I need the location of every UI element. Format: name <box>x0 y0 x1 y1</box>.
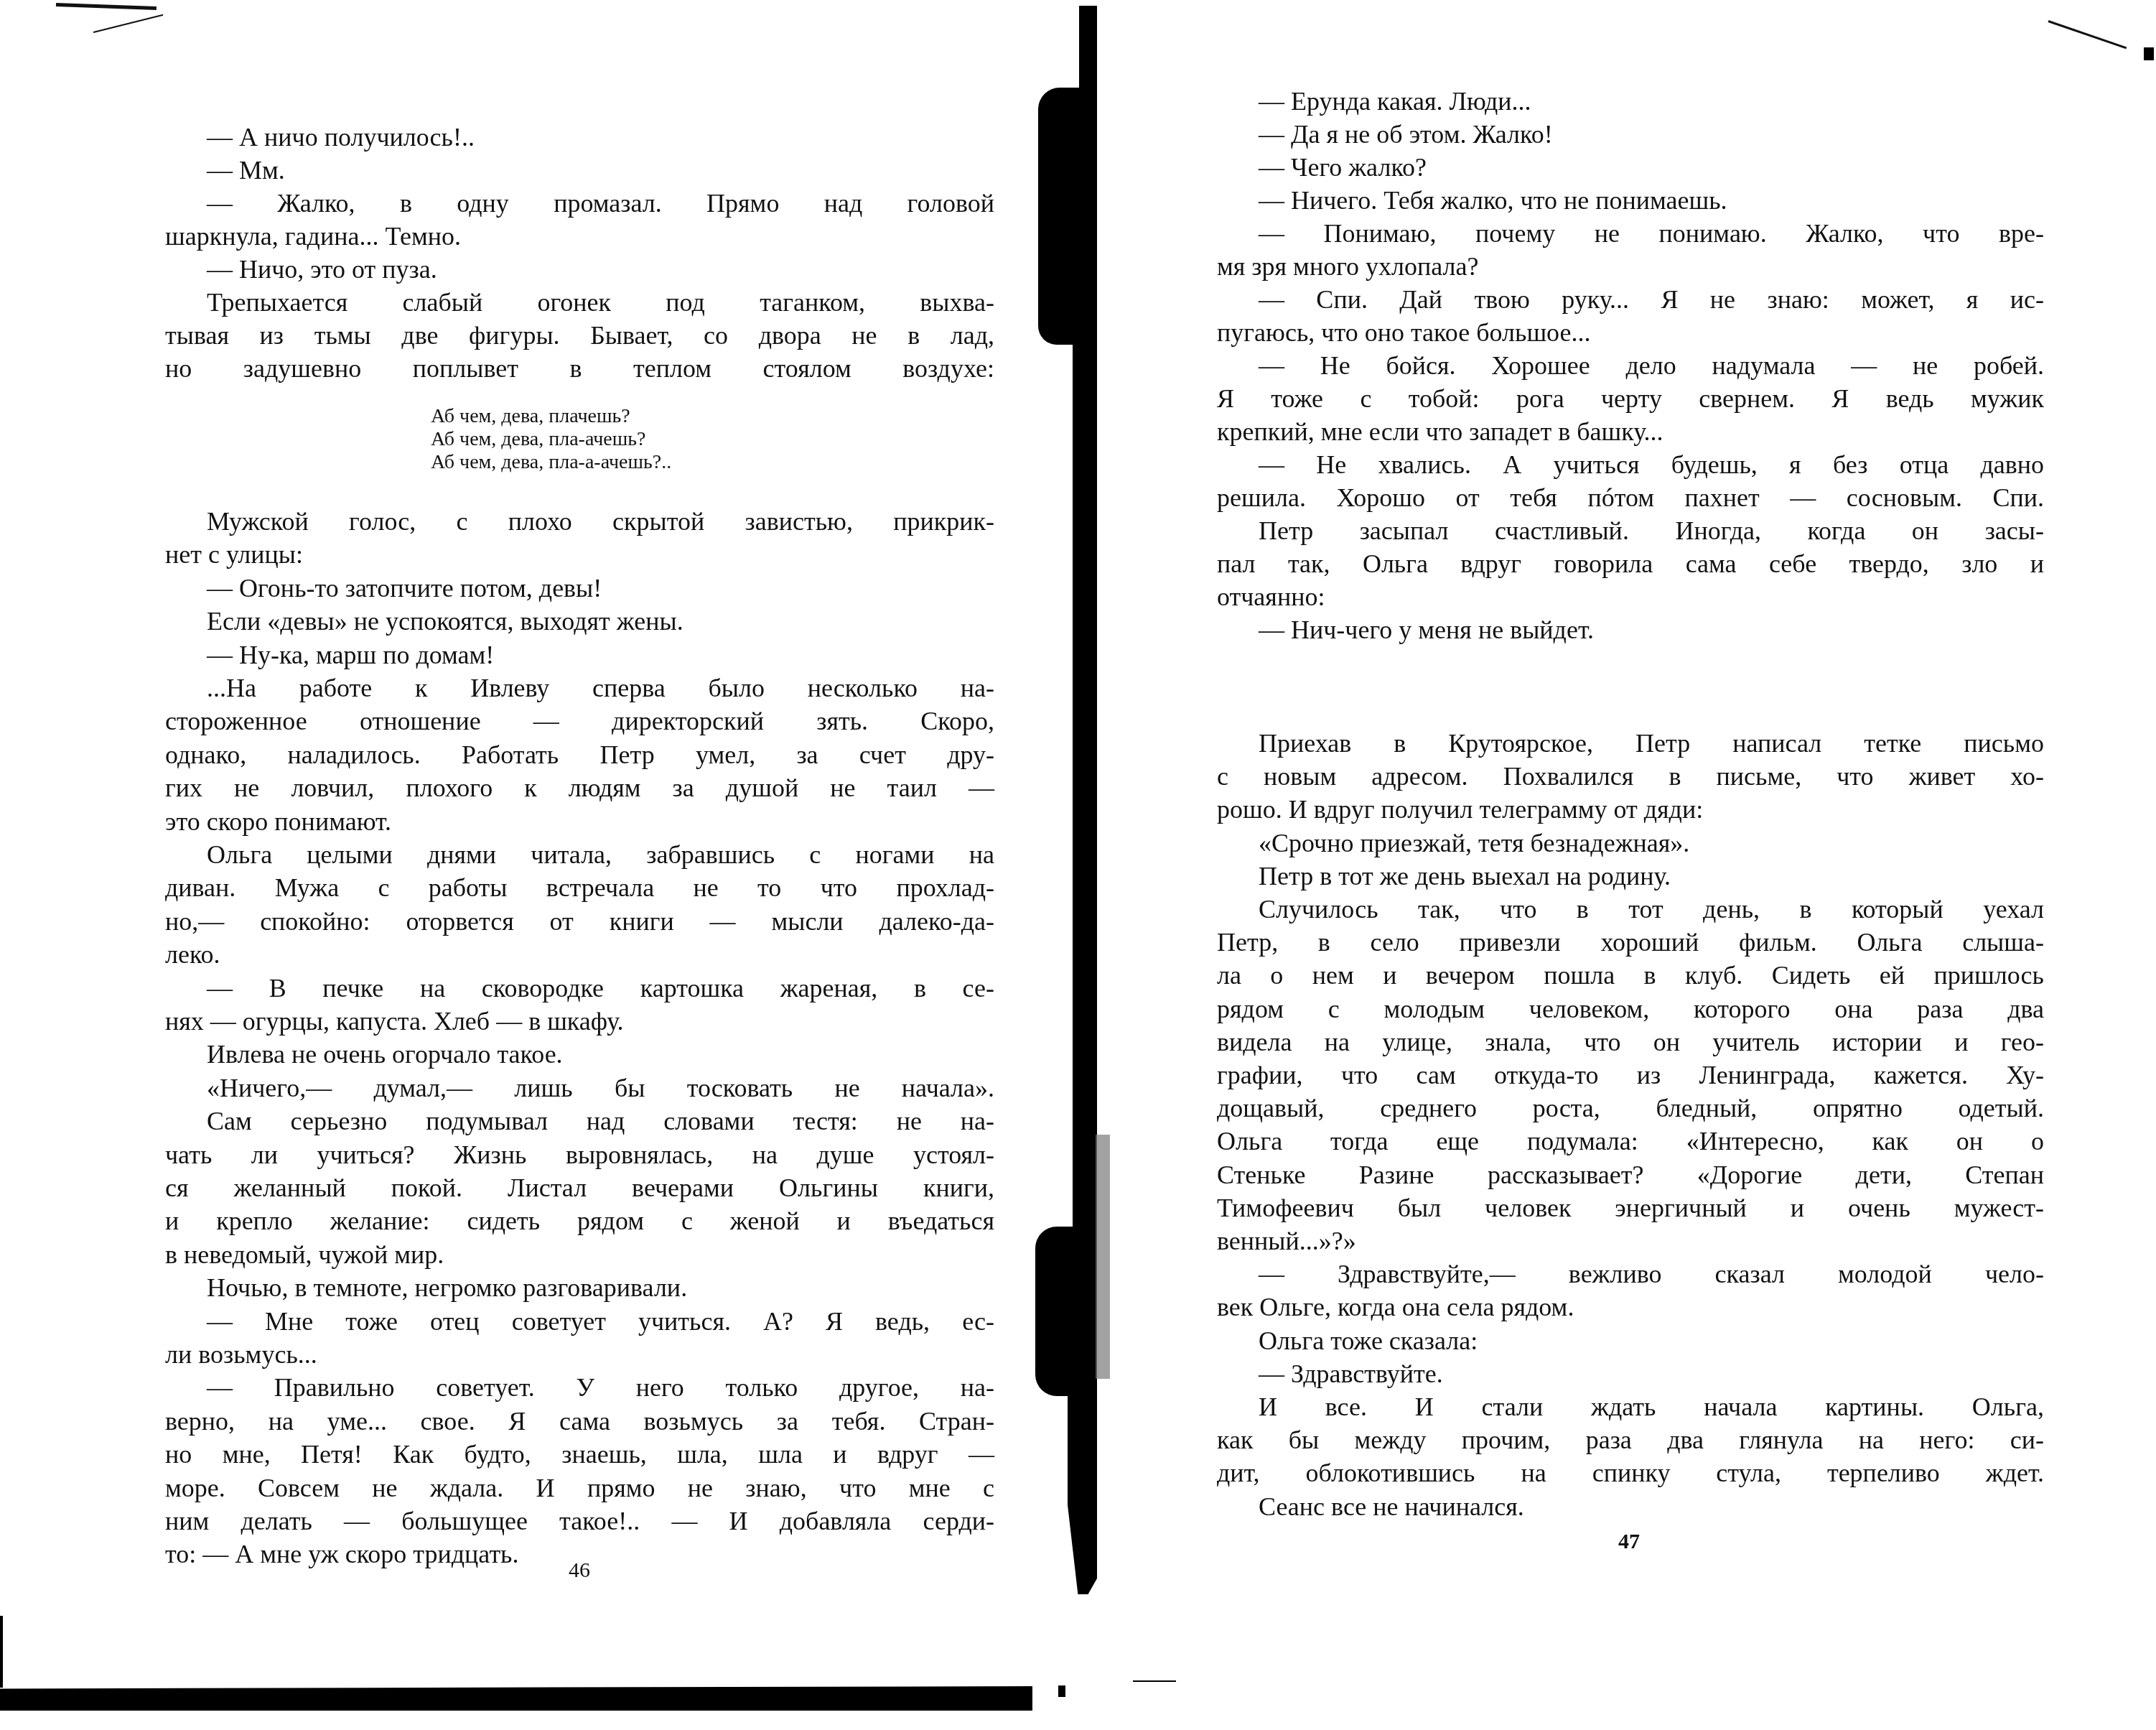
text-line: — Здравствуйте. <box>1217 1357 2044 1390</box>
text-line: море. Совсем не ждала. И прямо не знаю, … <box>165 1471 994 1505</box>
text-line: — Спи. Дай твою руку... Я не знаю: может… <box>1217 283 2044 316</box>
text-line: Ночью, в темноте, негромко разговаривали… <box>165 1271 994 1304</box>
scan-left-edge-line <box>0 1616 3 1688</box>
text-line: — Жалко, в одну промазал. Прямо над голо… <box>165 187 994 220</box>
page-number-right: 47 <box>1618 1531 1640 1553</box>
text-line: Ольга тогда еще подумала: «Интересно, ка… <box>1217 1125 2044 1158</box>
text-line: Я тоже с тобой: рога черту свернем. Я ве… <box>1217 382 2044 415</box>
text-line: — Да я не об этом. Жалко! <box>1217 118 2044 151</box>
scan-bottom-speck <box>1058 1685 1065 1697</box>
gutter-spine-mid <box>1073 345 1097 1235</box>
text-line: Петр в тот же день выехал на родину. <box>1217 860 2044 893</box>
verse-line: Аб чем, дева, плачешь? <box>431 404 630 429</box>
scan-scratch-top-right <box>2048 20 2127 49</box>
text-line: Приехав в Крутоярское, Петр написал тетк… <box>1217 727 2044 760</box>
text-line: рошо. И вдруг получил телеграмму от дяди… <box>1217 793 2044 826</box>
text-line: «Срочно приезжай, тетя безнадежная». <box>1217 827 2044 860</box>
text-line: ла о нем и вечером пошла в клуб. Сидеть … <box>1217 959 2044 992</box>
text-line: ли возьмусь... <box>165 1338 994 1371</box>
text-line: И все. И стали ждать начала картины. Оль… <box>1217 1390 2044 1423</box>
text-line: диван. Мужа с работы встречала не то что… <box>165 871 994 904</box>
text-line: — Ничо, это от пуза. <box>165 253 994 286</box>
page-number-left: 46 <box>569 1560 590 1581</box>
text-line: Трепыхается слабый огонек под таганком, … <box>165 286 994 319</box>
text-line: «Ничего,— думал,— лишь бы тосковать не н… <box>165 1071 994 1104</box>
text-line: — Нич-чего у меня не выйдет. <box>1217 613 2044 646</box>
text-line: — Чего жалко? <box>1217 151 2044 184</box>
text-line: Ольга целыми днями читала, забравшись с … <box>165 838 994 871</box>
scan-speck-top-right <box>2144 47 2154 60</box>
text-line: но мне, Петя! Как будто, знаешь, шла, шл… <box>165 1438 994 1471</box>
text-line: ним делать — большущее такое!.. — И доба… <box>165 1505 994 1538</box>
text-line: — Ну-ка, марш по домам! <box>165 638 994 671</box>
text-line: Петр засыпал счастливый. Иногда, когда о… <box>1217 514 2044 547</box>
text-line: ...На работе к Ивлеву сперва было нескол… <box>165 671 994 704</box>
text-line: пугаюсь, что оно такое большое... <box>1217 316 2044 349</box>
text-line: как бы между прочим, раза два глянула на… <box>1217 1423 2044 1456</box>
text-line: венный...»?» <box>1217 1224 2044 1257</box>
text-line: Мужской голос, с плохо скрытой завистью,… <box>165 505 994 538</box>
text-line: Если «девы» не успокоятся, выходят жены. <box>165 605 994 638</box>
text-line: стороженное отношение — директорский зят… <box>165 704 994 738</box>
text-line: это скоро понимают. <box>165 805 994 838</box>
text-line: видела на улице, знала, что он учитель и… <box>1217 1026 2044 1059</box>
text-line: крепкий, мне если что западет в башку... <box>1217 415 2044 448</box>
text-line: — Мне тоже отец советует учиться. А? Я в… <box>165 1305 994 1338</box>
text-line: дит, облокотившись на спинку стула, терп… <box>1217 1456 2044 1489</box>
gutter-spine-blob-top <box>1038 88 1097 345</box>
text-line: графии, что сам откуда-то из Ленинграда,… <box>1217 1059 2044 1092</box>
text-line: шаркнула, гадина... Темно. <box>165 220 994 253</box>
text-line: Сеанс все не начинался. <box>1217 1490 2044 1523</box>
text-line: — Не хвались. А учиться будешь, я без от… <box>1217 448 2044 481</box>
text-line: век Ольге, когда она села рядом. <box>1217 1290 2044 1324</box>
text-line: — Мм. <box>165 154 994 187</box>
text-line: в неведомый, чужой мир. <box>165 1238 994 1271</box>
gutter-spine-blob-bottom <box>1035 1227 1096 1396</box>
text-line: с новым адресом. Похвалился в письме, чт… <box>1217 760 2044 793</box>
text-line: чать ли учиться? Жизнь выровнялась, на д… <box>165 1138 994 1171</box>
text-line: Ивлева не очень огорчало такое. <box>165 1038 994 1071</box>
text-line: отчаянно: <box>1217 580 2044 613</box>
text-line: дощавый, среднего роста, бледный, опрятн… <box>1217 1092 2044 1125</box>
scan-scratch-top-left <box>56 3 157 10</box>
text-line: нях — огурцы, капуста. Хлеб — в шкафу. <box>165 1005 994 1038</box>
verse-line: Аб чем, дева, пла-а-ачешь?.. <box>431 450 671 475</box>
text-line: рядом с молодым человеком, которого она … <box>1217 992 2044 1026</box>
text-line: нет с улицы: <box>165 538 994 571</box>
text-line: — Огонь-то затопчите потом, девы! <box>165 572 994 605</box>
text-line: решила. Хорошо от тебя пóтом пахнет — со… <box>1217 481 2044 514</box>
text-line: но,— спокойно: оторвется от книги — мысл… <box>165 905 994 938</box>
text-line: — Не бойся. Хорошее дело надумала — не р… <box>1217 349 2044 382</box>
text-line: Стеньке Разине рассказывает? «Дорогие де… <box>1217 1158 2044 1191</box>
text-line: гих не ловчил, плохого к людям за душой … <box>165 771 994 804</box>
text-line: мя зря много ухлопала? <box>1217 250 2044 283</box>
text-line: ся желанный покой. Листал вечерами Ольги… <box>165 1171 994 1204</box>
text-line: — Правильно советует. У него только друг… <box>165 1371 994 1404</box>
gutter-shadow-gray <box>1096 1135 1110 1379</box>
text-line: верно, на уме... свое. Я сама возьмусь з… <box>165 1405 994 1438</box>
text-line: — А ничо получилось!.. <box>165 121 994 154</box>
text-line: леко. <box>165 938 994 971</box>
text-line: — Ничего. Тебя жалко, что не понимаешь. <box>1217 184 2044 217</box>
text-line: и крепло желание: сидеть рядом с женой и… <box>165 1204 994 1237</box>
text-line: Тимофеевич был человек энергичный и очен… <box>1217 1191 2044 1224</box>
text-line: — В печке на сковородке картошка жареная… <box>165 972 994 1005</box>
text-line: пал так, Ольга вдруг говорила сама себе … <box>1217 547 2044 580</box>
scan-bottom-dash <box>1133 1680 1176 1682</box>
text-line: но задушевно поплывет в теплом стоялом в… <box>165 352 994 385</box>
text-line: Ольга тоже сказала: <box>1217 1324 2044 1357</box>
scan-scratch-top-left-thin <box>93 14 164 33</box>
text-line: — Понимаю, почему не понимаю. Жалко, что… <box>1217 217 2044 250</box>
scan-bottom-edge-bar <box>0 1686 1032 1711</box>
text-line: — Ерунда какая. Люди... <box>1217 85 2044 118</box>
text-line: — Здравствуйте,— вежливо сказал молодой … <box>1217 1257 2044 1290</box>
text-line: Петр, в село привезли хороший фильм. Оль… <box>1217 926 2044 959</box>
text-line: тывая из тьмы две фигуры. Бывает, со дво… <box>165 319 994 352</box>
text-line: Сам серьезно подумывал над словами тестя… <box>165 1104 994 1138</box>
text-line: однако, наладилось. Работать Петр умел, … <box>165 738 994 771</box>
verse-line: Аб чем, дева, пла-ачешь? <box>431 427 646 452</box>
text-line: Случилось так, что в тот день, в который… <box>1217 893 2044 926</box>
